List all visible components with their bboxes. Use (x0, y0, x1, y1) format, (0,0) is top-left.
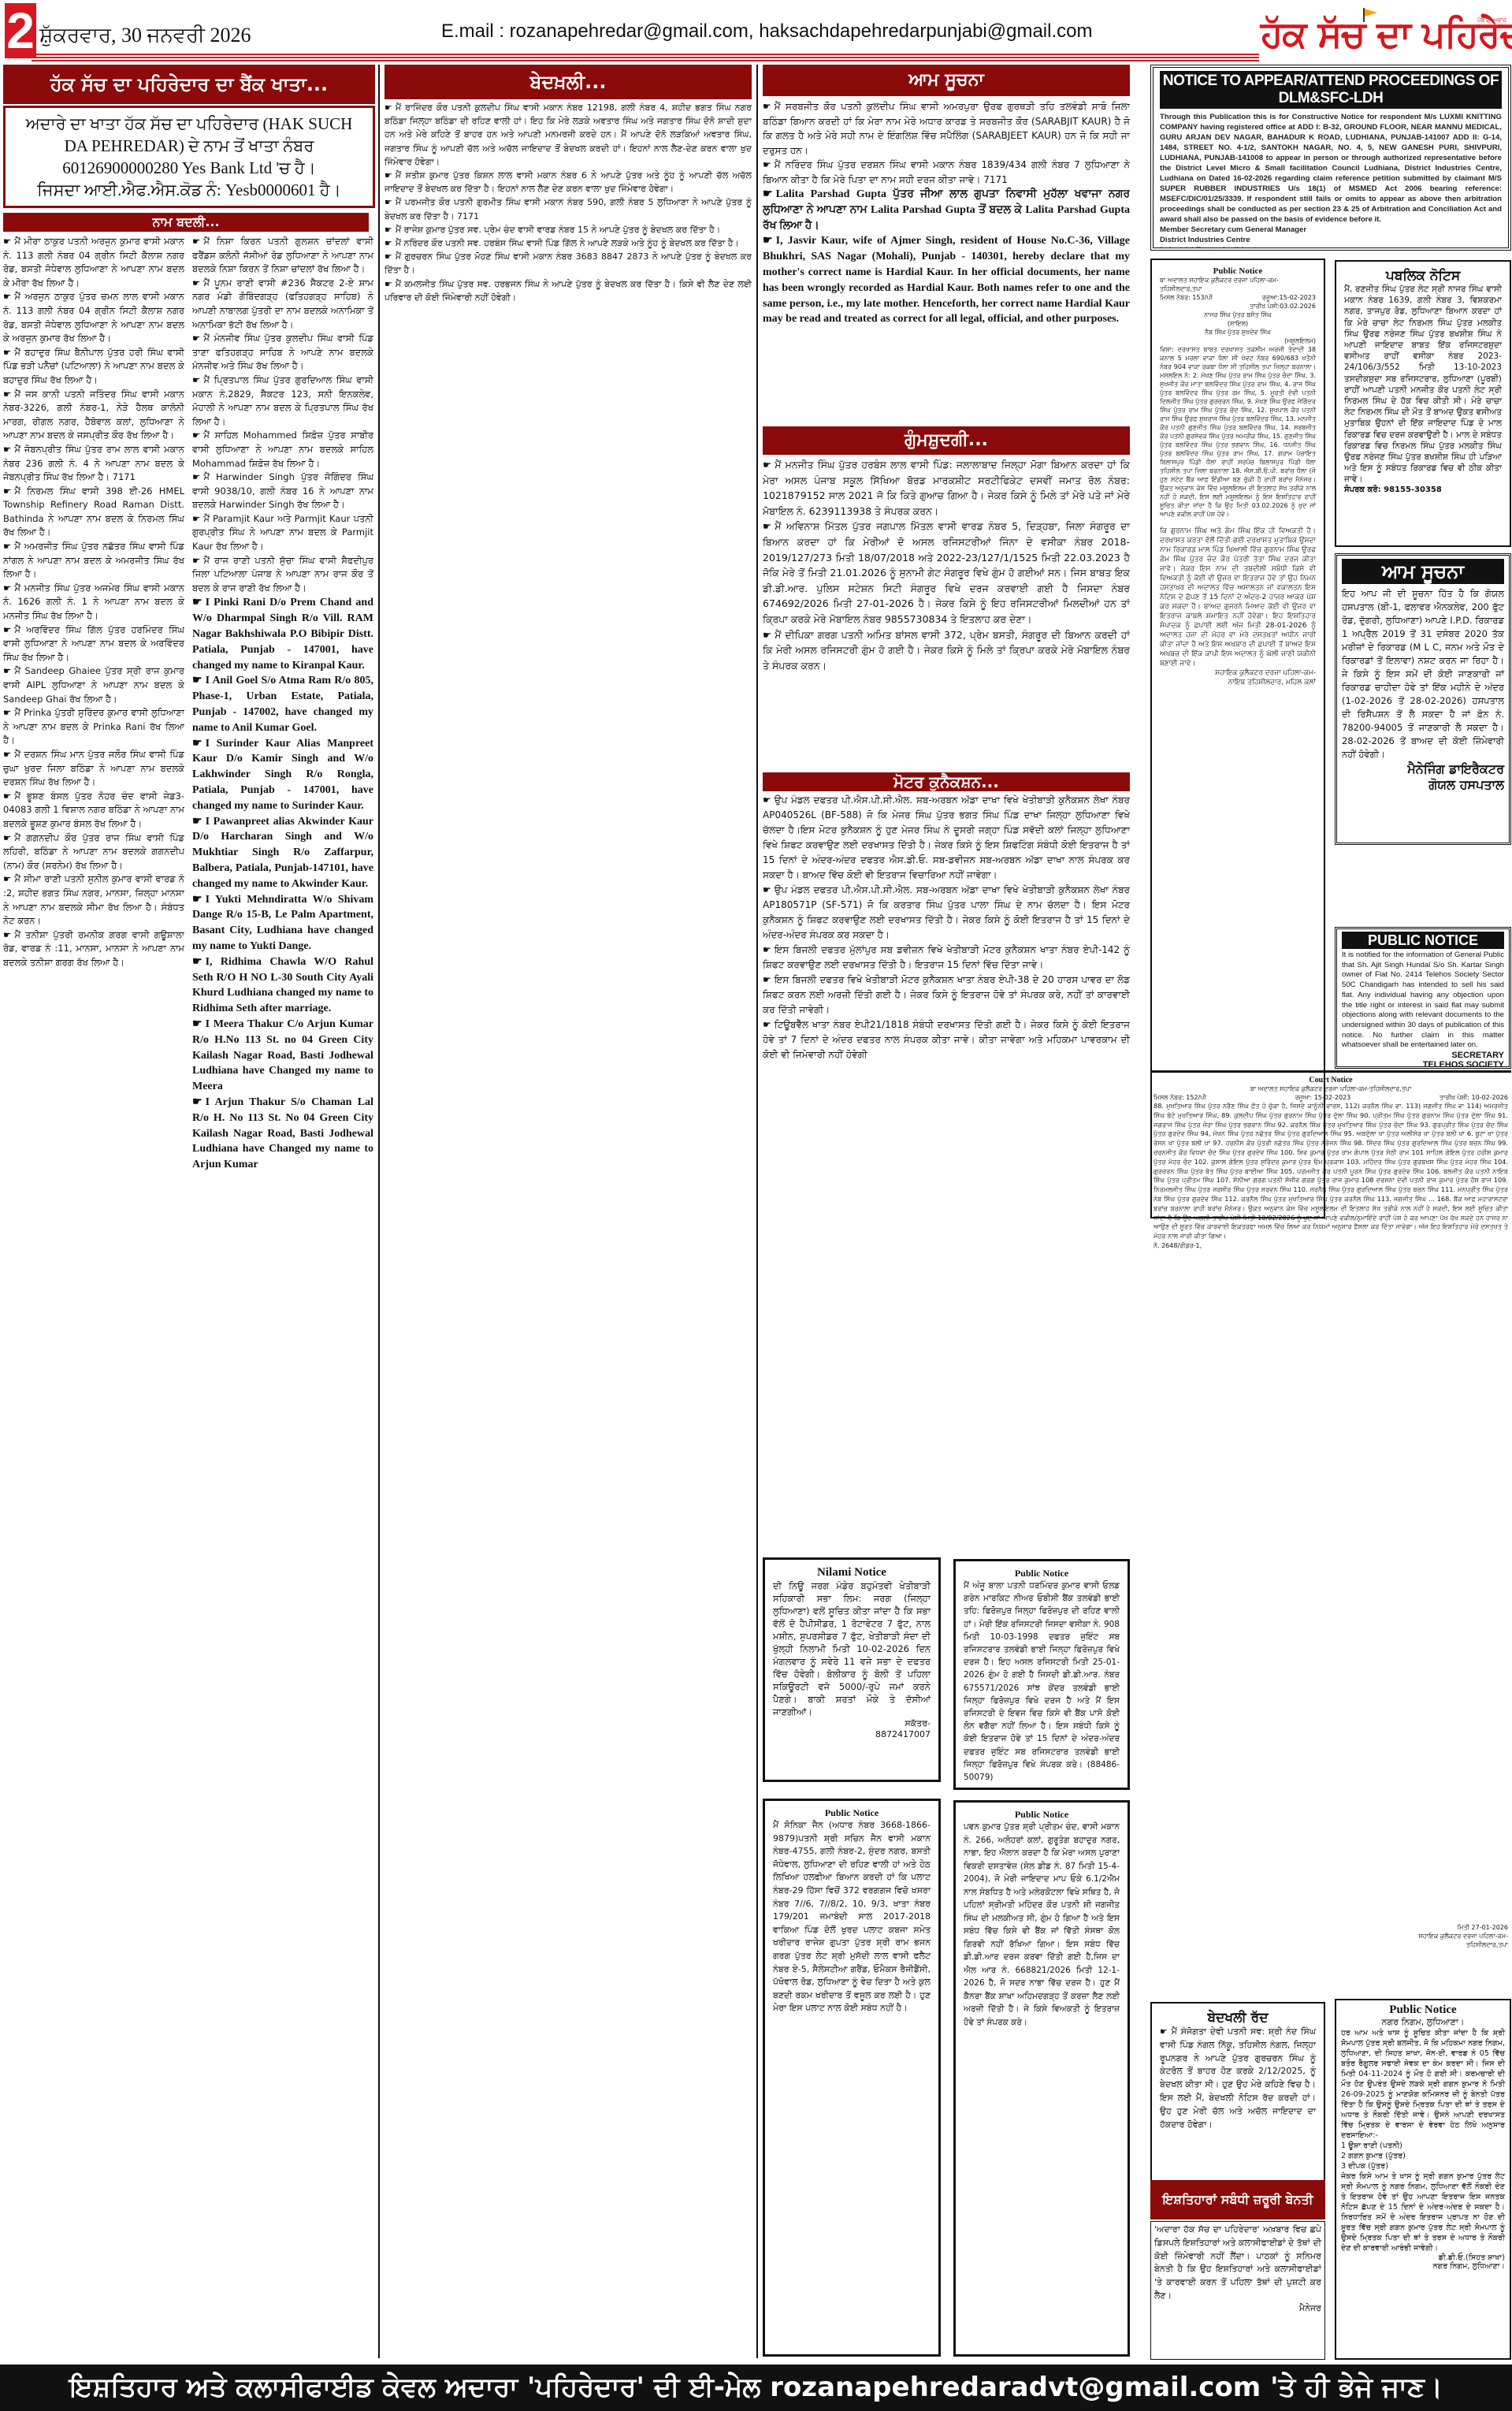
classified-item: ☛I Pawanpreet alias Akwinder Kaur D/o Ha… (192, 814, 373, 892)
eviction-section-title: ਬੇਦਖ਼ਲੀ... (385, 65, 752, 99)
classified-text: I Anil Goel S/o Atma Ram R/o 805, Phase-… (192, 675, 373, 733)
nilami-notice-box: Nilami Notice ਦੀ ਨਿਊ ਜਰਗ ਮੰਡੇਰ ਬਹੁਮੰਤਵੀ … (763, 1557, 941, 1782)
classified-text: ਮੈਂ ਨਰਿੰਦਰ ਕੌਰ ਪਤਨੀ ਸਵ. ਹਰਬੰਸ ਸਿੰਘ ਵਾਸੀ … (396, 238, 739, 248)
pointing-hand-icon: ☛ (3, 791, 11, 802)
eviction-cancel-box: ਬੇਦਖਲੀ ਰੱਦ ☛ ਮੈਂ ਸੰਜੋਗਤਾ ਦੇਵੀ ਪਤਨੀ ਸਵ: ਸ… (1150, 2002, 1325, 2186)
classified-item: ☛I, Ridhima Chawla W/O Rahul Seth R/O H … (192, 954, 373, 1017)
nagar-nigam-sign-1: ਡੀ.ਡੀ.ਓ.(ਸਿਹਤ ਸ਼ਾਖਾ) (1341, 2253, 1505, 2262)
pointing-hand-icon: ☛ (3, 873, 11, 884)
classified-item: ☛I Pinki Rani D/o Prem Chand and W/o Dha… (192, 595, 373, 673)
pointing-hand-icon: ☛ (385, 170, 392, 180)
classified-item: ☛ਮੈਂ ਸਰਬਜੀਤ ਕੌਰ ਪਤਨੀ ਕੁਲਦੀਪ ਸਿੰਘ ਵਾਸੀ ਅਮ… (763, 99, 1130, 158)
classified-item: ☛ਮੈਂ ਜਸ ਕਾਨੀ ਪਤਨੀ ਜਤਿੰਦਰ ਸਿੰਘ ਵਾਸੀ ਮਕਾਨ … (3, 388, 184, 443)
pointing-hand-icon: ☛ (763, 974, 771, 985)
footer-banner: ਇਸ਼ਤਿਹਾਰ ਅਤੇ ਕਲਾਸੀਫਾਈਡ ਕੇਵਲ ਅਦਾਰਾ 'ਪਹਿਰੇ… (0, 2364, 1512, 2411)
pointing-hand-icon: ☛ (192, 333, 200, 344)
court-tapa-2-signature: ਮਿਤੀ 27-01-2026 ਸਹਾਇਕ ਕੁਲੈਕਟਰ ਦਰਜਾ ਪਹਿਲਾ… (1339, 1923, 1508, 1949)
classified-text: ਮੈਂ ਮਨਜੀਤ ਸਿੰਘ ਪੁੱਤਰ ਅਜਮੇਰ ਸਿੰਘ ਵਾਸੀ ਮਕਾ… (3, 582, 184, 621)
classified-item: ☛ਮੈਂ ਰਾਜ ਰਾਣੀ ਪਤਨੀ ਸੁੱਚਾ ਸਿੰਘ ਵਾਸੀ ਸੈਫਦੀ… (192, 554, 373, 596)
general-notice-column: ☛ਮੈਂ ਸਰਬਜੀਤ ਕੌਰ ਪਤਨੀ ਕੁਲਦੀਪ ਸਿੰਘ ਵਾਸੀ ਅਮ… (763, 99, 1130, 424)
court-name: ਬਾ ਅਦਾਲਤ ਸਹਾਇਕ ਕੁਲੈਕਟਰ ਦਰਜਾ ਪਹਿਲਾ-ਕਮ-ਤਹਿ… (1154, 1085, 1508, 1093)
bank-ifsc: ਜਿਸਦਾ ਆਈ.ਐਫ.ਐਸ.ਕੋਡ ਨੰ: Yesb0000601 ਹੈ। (13, 179, 365, 201)
telehos-sign-1: SECRETARY (1342, 1051, 1504, 1060)
pointing-hand-icon: ☛ (385, 279, 392, 289)
public-notice-body: ਮੈਂ, ਰਣਜੀਤ ਸਿੰਘ ਪੁੱਤਰ ਲੇਟ ਸ੍ਰੀ ਨਾਜਰ ਸਿੰਘ… (1344, 284, 1502, 486)
classified-item: ☛ਮੈਂ ਪ੍ਰਿਤਪਾਲ ਸਿੰਘ ਪੁੱਤਰ ਗੁਰਦਿਆਲ ਸਿੰਘ ਵਾ… (192, 374, 373, 429)
pointing-hand-icon: ☛ (763, 101, 771, 112)
telehos-notice-box: PUBLIC NOTICE It is notified for the inf… (1335, 927, 1511, 1069)
classified-item: ☛ਇਸ ਬਿਜਲੀ ਦਫਤਰ ਵਿਖੇ ਖੇਤੀਬਾੜੀ ਮੋਟਰ ਕੁਨੈਕਸ… (763, 973, 1130, 1018)
public-notice-sonika-box: Public Notice ਮੈਂ ਸੋਨਿਕਾ ਜੈਨ (ਅਧਾਰ ਨੰਬਰ … (763, 1799, 941, 2357)
nagar-nigam-title: Public Notice (1341, 2004, 1505, 2017)
heir-item: 2 ਗਗਨ ਕੁਮਾਰ (ਪੁੱਤਰ) (1341, 2151, 1505, 2161)
issue-date: ਸ਼ੁੱਕਰਵਾਰ, 30 ਜਨਵਰੀ 2026 (39, 24, 251, 48)
case-number: ਮਿਸਲ ਨੰਬਰ: 152/ਪੀ (1154, 1093, 1206, 1102)
hearing-date: ਤਾਰੀਖ ਪੇਸ਼ੀ:03.02.2026 (1160, 302, 1316, 311)
classified-item: ☛ਮੈਂ ਗੁਰਚਰਨ ਸਿੰਘ ਪੁੱਤਰ ਮੋਹਣ ਸਿੰਘ ਵਾਸੀ ਮਕ… (385, 250, 752, 277)
court-sign-2: ਤਹਿਸੀਲਦਾਰ,ਤਪਾ (1339, 1940, 1508, 1949)
classified-text: ਮੈਂ Prinka ਪੁੱਤਰੀ ਸੁਰਿੰਦਰ ਕੁਮਾਰ ਵਾਸੀ ਲੁਧ… (3, 707, 184, 746)
case-meta-row: ਮਿਸਲ ਨੰਬਰ: 153/ਪੀ ਰਜੂਆ:15-02-2023 (1160, 293, 1316, 302)
classified-item: ☛ਮੈਂ ਨਰਿੰਦਰ ਸਿੰਘ ਪੁੱਤਰ ਦਰਸ਼ਨ ਸਿੰਘ ਵਾਸੀ ਮ… (763, 158, 1130, 187)
plaintiff: ਨਾਜਰ ਸਿੰਘ ਪੁੱਤਰ ਬਸੰਤ ਸਿੰਘ (1160, 311, 1316, 319)
classified-text: ਉਪ ਮੰਡਲ ਦਫਤਰ ਪੀ.ਐਸ.ਪੀ.ਸੀ.ਐਲ. ਸਬ-ਅਰਬਨ ਅੱਡ… (763, 884, 1130, 940)
dlm-signature: Member Secretary cum General Manager Dis… (1160, 225, 1502, 251)
hospital-notice-title: ਆਮ ਸੂਚਨਾ (1342, 559, 1504, 584)
classified-text: ਮੈਂ ਅਰਜੁਨ ਠਾਕੁਰ ਪੁੱਤਰ ਚਮਨ ਲਾਲ ਵਾਸੀ ਮਕਾਨ … (3, 291, 184, 344)
classified-text: I, Ridhima Chawla W/O Rahul Seth R/O H N… (192, 956, 373, 1014)
ad-disclaimer-body: 'ਅਦਾਰਾ ਹੱਕ ਸੱਚ ਦਾ ਪਹਿਰੇਦਾਰ' ਅਖ਼ਬਾਰ ਵਿਚ ਛ… (1154, 2223, 1321, 2303)
classified-item: ☛ਮੈਂ ਪਰਮਜੀਤ ਕੌਰ ਪਤਨੀ ਗੁਰਮੀਤ ਸਿੰਘ ਵਾਸੀ ਮਕ… (385, 195, 752, 222)
heir-item: 3 ਦੀਪਕ (ਪੁੱਤਰ) (1341, 2161, 1505, 2171)
eviction-column: ☛ਮੈਂ ਰਾਜਿੰਦਰ ਕੌਰ ਪਤਨੀ ਕੁਲਦੀਪ ਸਿੰਘ ਵਾਸੀ ਮ… (385, 101, 752, 2355)
pointing-hand-icon: ☛ (192, 513, 200, 524)
public-notice-anju-box: Public Notice ਮੈਂ ਅੰਜੂ ਬਾਲਾ ਪਤਨੀ ਧਰਮਿੰਦਰ… (953, 1559, 1130, 1790)
nilami-notice-body: ਦੀ ਨਿਊ ਜਰਗ ਮੰਡੇਰ ਬਹੁਮੰਤਵੀ ਖੇਤੀਬਾੜੀ ਸਹਿਕਾ… (773, 1579, 931, 1718)
pointing-hand-icon: ☛ (763, 459, 771, 471)
classified-text: ਮੈਂ ਦੀਪਿਕਾ ਗਰਗ ਪਤਨੀ ਅਮਿਤ ਬਾਂਸਲ ਵਾਸੀ 372,… (763, 629, 1130, 672)
classified-item: ☛I Arjun Thakur S/o Chaman Lal R/o H. No… (192, 1095, 373, 1173)
pointing-hand-icon: ☛ (192, 816, 202, 828)
filed-date: ਰਜੂਆ: 15-02-2023 (1295, 1093, 1351, 1102)
classified-text: ਮੈਂ ਅਮਰਜੀਤ ਸਿੰਘ ਪੁੱਤਰ ਨਛੱਤਰ ਸਿੰਘ ਵਾਸੀ ਪਿ… (3, 541, 184, 579)
bank-account-box: ਅਦਾਰੇ ਦਾ ਖਾਤਾ ਹੱਕ ਸੱਚ ਦਾ ਪਹਿਰੇਦਾਰ (HAK S… (3, 106, 375, 208)
pointing-hand-icon: ☛ (192, 236, 200, 247)
hospital-sign-2: ਗੋਯਲ ਹਸਪਤਾਲ (1342, 777, 1504, 793)
pointing-hand-icon: ☛ (3, 541, 11, 552)
classified-item: ☛ਮੈਂ ਗਗਨਦੀਪ ਕੌਰ ਪੁੱਤਰ ਰਾਜ ਸਿੰਘ ਵਾਸੀ ਪਿੰਡ… (3, 832, 184, 873)
classified-text: ਮੈਂ ਮਨਜੀਤ ਸਿੰਘ ਪੁੱਤਰ ਹਰਬੰਸ ਲਾਲ ਵਾਸੀ ਪਿੰਡ… (763, 459, 1130, 517)
classified-item: ☛Lalita Parshad Gupta ਪੁੱਤਰ ਜੀਆ ਲਾਲ ਗੁਪਤ… (763, 187, 1130, 233)
classified-item: ☛ਮੈਂ Prinka ਪੁੱਤਰੀ ਸੁਰਿੰਦਰ ਕੁਮਾਰ ਵਾਸੀ ਲੁ… (3, 706, 184, 748)
court-notice-tapa-152-box: Court Notice ਬਾ ਅਦਾਲਤ ਸਹਾਇਕ ਕੁਲੈਕਟਰ ਦਰਜਾ… (1150, 1070, 1511, 1942)
name-change-section-title: ਨਾਮ ਬਦਲੀ... (3, 213, 369, 232)
pointing-hand-icon: ☛ (385, 238, 392, 248)
classified-text: ਮੈਂ ਮੰਨਜੀਵ ਸਿੰਘ ਪੁੱਤਰ ਕੁਲਦੀਪ ਸਿੰਘ ਵਾਸੀ ਪ… (192, 333, 373, 371)
public-notice-title: Public Notice (964, 1568, 1120, 1579)
classified-item: ☛I Meera Thakur C/o Arjun Kumar R/o H.No… (192, 1017, 373, 1095)
classified-item: ☛ਮੈਂ ਨਿਰਮਲ ਸਿੰਘ ਵਾਸੀ 398 ਈ-26 HMEL Towns… (3, 485, 184, 540)
classified-text: ਇਸ ਬਿਜਲੀ ਦਫਤਰ ਮੁੱਲਾਂਪੁਰ ਸਬ ਡਵੀਜ਼ਨ ਵਿਖੇ ਖ… (763, 944, 1130, 970)
classified-text: ਮੈਂ ਅਵਿਨਾਸ਼ ਮਿੱਤਲ ਪੁੱਤਰ ਜਗਪਾਲ ਮਿੱਤਲ ਵਾਸੀ… (763, 520, 1130, 625)
masthead-title: ਹੱਕ ਸੱਚ ਦਾ ਪਹਿਰੇਦਾਰ (1261, 2, 1510, 66)
nilami-notice-title: Nilami Notice (773, 1566, 931, 1579)
pointing-hand-icon: ☛ (3, 291, 11, 302)
classified-text: ਮੈਂ ਕਮਲਜੀਤ ਸਿੰਘ ਪੁੱਤਰ ਸਵ. ਹਰਭਜਨ ਸਿੰਘ ਨੇ … (385, 279, 752, 303)
classified-item: ☛I, Jasvir Kaur, wife of Ajmer Singh, re… (763, 233, 1130, 327)
defendant-role: (ਮਸੂਲਇਲਮ) (1160, 337, 1316, 345)
pointing-hand-icon: ☛ (3, 707, 11, 718)
classified-text: ਮੈਂ Harwinder Singh ਪੁੱਤਰ ਜੋਗਿੰਦਰ ਸਿੰਘ ਵ… (192, 471, 373, 510)
pointing-hand-icon: ☛ (763, 794, 771, 806)
mahil-kalan-notice-body: ਕਿ ਗੁਰਨਾਮ ਸਿੰਘ ਅਤੇ ਗੰਮ ਸਿੰਘ ਇੱਕ ਹੀ ਵਿਅਕਤ… (1160, 526, 1316, 668)
column-divider (756, 65, 758, 2358)
bank-section-title: ਹੱਕ ਸੱਚ ਦਾ ਪਹਿਰੇਦਾਰ ਦਾ ਬੈਂਕ ਖਾਤਾ... (3, 65, 375, 104)
classified-text: ਮੈਂ ਅਰਵਿੰਦਰ ਸਿੰਘ ਗਿੱਲ ਪੁੱਤਰ ਹਰਮਿੰਦਰ ਸਿੰਘ… (3, 624, 184, 663)
ad-disclaimer-sign: ਮੈਨੇਜਰ (1154, 2303, 1321, 2314)
court-notice-title: Public Notice (1160, 266, 1316, 276)
header-rule (32, 54, 1259, 65)
eviction-cancel-body: ☛ ਮੈਂ ਸੰਜੋਗਤਾ ਦੇਵੀ ਪਤਨੀ ਸਵ: ਸ਼੍ਰੀ ਨੰਦ ਸਿ… (1160, 2026, 1316, 2131)
pointing-hand-icon: ☛ (763, 1019, 771, 1030)
mahil-kalan-sign-1: ਸਹਾਇਕ ਕੁਲੈਕਟਰ ਦਰਜਾ ਪਹਿਲਾ-ਕਮ- (1160, 668, 1316, 678)
pointing-hand-icon: ☛ (3, 749, 11, 760)
contact-emails: E.mail : rozanapehredar@gmail.com, haksa… (441, 20, 1092, 43)
pointing-hand-icon: ☛ (385, 197, 392, 207)
public-notice-ranjit-box: ਪਬਲਿਕ ਨੋਟਿਸ ਮੈਂ, ਰਣਜੀਤ ਸਿੰਘ ਪੁੱਤਰ ਲੇਟ ਸ੍… (1335, 260, 1511, 547)
public-notice-title: Public Notice (773, 1807, 931, 1819)
classified-text: ਮੈਂ ਗੁਰਚਰਨ ਸਿੰਘ ਪੁੱਤਰ ਮੋਹਣ ਸਿੰਘ ਵਾਸੀ ਮਕਾ… (385, 251, 752, 275)
classified-text: ਮੈਂ ਦਰਸ਼ਨ ਸਿੰਘ ਮਾਨ ਪੁੱਤਰ ਜਲੌਰ ਸਿੰਘ ਵਾਸੀ … (3, 749, 184, 787)
classified-text: Lalita Parshad Gupta ਪੁੱਤਰ ਜੀਆ ਲਾਲ ਗੁਪਤਾ… (763, 188, 1130, 232)
classified-text: I, Jasvir Kaur, wife of Ajmer Singh, res… (763, 235, 1130, 325)
classified-item: ☛ਮੈਂ ਦੀਪਿਕਾ ਗਰਗ ਪਤਨੀ ਅਮਿਤ ਬਾਂਸਲ ਵਾਸੀ 372… (763, 627, 1130, 674)
classified-item: ☛ਮੈਂ ਮੰਨਜੀਵ ਸਿੰਘ ਪੁੱਤਰ ਕੁਲਦੀਪ ਸਿੰਘ ਵਾਸੀ … (192, 332, 373, 374)
classified-item: ☛I Yukti Mehndiratta W/o Shivam Dange R/… (192, 892, 373, 954)
classified-text: I Yukti Mehndiratta W/o Shivam Dange R/o… (192, 894, 373, 952)
page-number: 2 (5, 3, 36, 58)
classified-item: ☛ਮੈਂ ਜੋਬਨਪ੍ਰੀਤ ਸਿੰਘ ਪੁੱਤਰ ਰਾਮ ਲਾਲ ਵਾਸੀ ਮ… (3, 443, 184, 485)
classified-text: ਮੈਂ ਪੂਨਮ ਰਾਣੀ ਵਾਸੀ #236 ਸੈਕਟਰ 2-ਏ ਸ਼ਾਮ ਨ… (192, 277, 373, 330)
case-meta-row: ਮਿਸਲ ਨੰਬਰ: 152/ਪੀ ਰਜੂਆ: 15-02-2023 ਤਾਰੀਖ… (1154, 1093, 1508, 1102)
classified-item: ☛ਮੈਂ ਭੂਸ਼ਣ ਬੰਸਲ ਪੁੱਤਰ ਨੋਹਰ ਚੰਦ ਵਾਸੀ ਜੇਡ3… (3, 790, 184, 832)
classified-item: ☛ਉਪ ਮੰਡਲ ਦਫਤਰ ਪੀ.ਐਸ.ਪੀ.ਸੀ.ਐਲ. ਸਬ-ਅਰਬਨ ਅੱ… (763, 793, 1130, 883)
classified-item: ☛ਟਿਊਬਵੈੱਲ ਖਾਤਾ ਨੰਬਰ ਏਪੀ21/1818 ਸੰਬੰਧੀ ਦਰ… (763, 1018, 1130, 1062)
dlm-sign-line: Member Secretary cum General Manager (1160, 225, 1502, 235)
name-change-column-1: ☛ਮੈਂ ਮੀਰਾ ਠਾਕੁਰ ਪਤਨੀ ਅਰਜੁਨ ਕੁਮਾਰ ਵਾਸੀ ਮਕ… (3, 235, 184, 2355)
classified-text: ਮੈਂ ਜਸ ਕਾਨੀ ਪਤਨੀ ਜਤਿੰਦਰ ਸਿੰਘ ਵਾਸੀ ਮਕਾਨ ਨ… (3, 389, 184, 441)
classified-text: ਮੈਂ ਜੋਬਨਪ੍ਰੀਤ ਸਿੰਘ ਪੁੱਤਰ ਰਾਮ ਲਾਲ ਵਾਸੀ ਮਕ… (3, 444, 184, 482)
eviction-cancel-title: ਬੇਦਖਲੀ ਰੱਦ (1160, 2010, 1316, 2026)
hearing-date: ਤਾਰੀਖ ਪੇਸ਼ੀ: 10-02-2026 (1440, 1093, 1508, 1102)
filed-date: ਰਜੂਆ:15-02-2023 (1262, 293, 1316, 302)
classified-text: ਮੈਂ ਰਾਜ ਰਾਣੀ ਪਤਨੀ ਸੁੱਚਾ ਸਿੰਘ ਵਾਸੀ ਸੈਫਦੀਪ… (192, 555, 373, 593)
classified-text: ਮੈਂ ਤਨੀਸ਼ਾ ਪੁੱਤਰੀ ਰਮਨੀਕ ਗਰਗ ਵਾਸੀ ਗਊਸ਼ਾਲਾ… (3, 929, 184, 968)
pointing-hand-icon: ☛ (192, 1018, 202, 1030)
motor-section-title: ਮੋਟਰ ਕੁਨੈਕਸ਼ਨ... (763, 772, 1130, 791)
pointing-hand-icon: ☛ (3, 665, 11, 676)
pointing-hand-icon: ☛ (3, 832, 11, 843)
defendant: ਨੈਬ ਸਿੰਘ ਪੁੱਤਰ ਸੁਖਦੇਵ ਸਿੰਘ (1160, 328, 1316, 337)
telehos-notice-title: PUBLIC NOTICE (1342, 932, 1504, 949)
pointing-hand-icon: ☛ (192, 430, 200, 441)
classified-item: ☛ਮੈਂ ਅਵਿਨਾਸ਼ ਮਿੱਤਲ ਪੁੱਤਰ ਜਗਪਾਲ ਮਿੱਤਲ ਵਾਸ… (763, 519, 1130, 627)
mahil-kalan-sign-2: ਨਾਇਬ ਤਹਿਸੀਲਦਾਰ, ਮਹਿਲ ਕਲਾਂ (1160, 678, 1316, 687)
pointing-hand-icon: ☛ (192, 738, 202, 750)
classified-text: ਟਿਊਬਵੈੱਲ ਖਾਤਾ ਨੰਬਰ ਏਪੀ21/1818 ਸੰਬੰਧੀ ਦਰਖ… (763, 1019, 1130, 1060)
classified-item: ☛ਮੈਂ ਮੀਰਾ ਠਾਕੁਰ ਪਤਨੀ ਅਰਜੁਨ ਕੁਮਾਰ ਵਾਸੀ ਮਕ… (3, 235, 184, 290)
nagar-nigam-body: ਹਰ ਆਮ ਅਤੇ ਖਾਸ ਨੂੰ ਸੂਚਿਤ ਕੀਤਾ ਜਾਂਦਾ ਹੈ ਕਿ… (1341, 2028, 1505, 2141)
classified-text: ਮੈਂ ਪਰਮਜੀਤ ਕੌਰ ਪਤਨੀ ਗੁਰਮੀਤ ਸਿੰਘ ਵਾਸੀ ਮਕਾ… (385, 197, 752, 221)
ad-disclaimer-box: 'ਅਦਾਰਾ ਹੱਕ ਸੱਚ ਦਾ ਪਹਿਰੇਦਾਰ' ਅਖ਼ਬਾਰ ਵਿਚ ਛ… (1150, 2221, 1325, 2360)
pointing-hand-icon: ☛ (385, 102, 392, 113)
classified-item: ☛ਮੈਂ ਰਾਜਿੰਦਰ ਕੌਰ ਪਤਨੀ ਕੁਲਦੀਪ ਸਿੰਘ ਵਾਸੀ ਮ… (385, 101, 752, 169)
pointing-hand-icon: ☛ (192, 956, 202, 968)
classified-item: ☛ਉਪ ਮੰਡਲ ਦਫਤਰ ਪੀ.ਐਸ.ਪੀ.ਸੀ.ਐਲ. ਸਬ-ਅਰਬਨ ਅੱ… (763, 883, 1130, 943)
pointing-hand-icon: ☛ (763, 188, 773, 200)
hospital-sign-1: ਮੈਨੇਜਿੰਗ ਡਾਇਰੈਕਟਰ (1342, 761, 1504, 777)
public-notice-body: ਮੈਂ ਅੰਜੂ ਬਾਲਾ ਪਤਨੀ ਧਰਮਿੰਦਰ ਕੁਮਾਰ ਵਾਸੀ ਓਲ… (964, 1579, 1120, 1784)
classified-text: ਮੈਂ ਮੀਰਾ ਠਾਕੁਰ ਪਤਨੀ ਅਰਜੁਨ ਕੁਮਾਰ ਵਾਸੀ ਮਕਾ… (3, 236, 184, 288)
pointing-hand-icon: ☛ (763, 159, 771, 170)
pointing-hand-icon: ☛ (3, 236, 11, 247)
pointing-hand-icon: ☛ (3, 582, 11, 593)
pointing-hand-icon: ☛ (192, 277, 200, 288)
bank-account-number: 60126900000280 Yes Bank Ltd 'ਚ ਹੈ। (13, 157, 365, 179)
classified-item: ☛ਮੈਂ ਪੂਨਮ ਰਾਣੀ ਵਾਸੀ #236 ਸੈਕਟਰ 2-ਏ ਸ਼ਾਮ … (192, 277, 373, 332)
classified-text: ਮੈਂ ਬਹਾਦੁਰ ਸਿੰਘ ਬੈਨੀਪਾਲ ਪੁੱਤਰ ਹਰੀ ਸਿੰਘ ਵ… (3, 347, 184, 385)
classified-text: ਮੈਂ ਰਾਜਿੰਦਰ ਕੌਰ ਪਤਨੀ ਕੁਲਦੀਪ ਸਿੰਘ ਵਾਸੀ ਮਕ… (385, 102, 752, 167)
classified-item: ☛ਮੈਂ ਦਰਸ਼ਨ ਸਿੰਘ ਮਾਨ ਪੁੱਤਰ ਜਲੌਰ ਸਿੰਘ ਵਾਸੀ… (3, 748, 184, 790)
classified-item: ☛ਇਸ ਬਿਜਲੀ ਦਫਤਰ ਮੁੱਲਾਂਪੁਰ ਸਬ ਡਵੀਜ਼ਨ ਵਿਖੇ … (763, 943, 1130, 973)
classified-item: ☛I Surinder Kaur Alias Manpreet Kaur D/o… (192, 736, 373, 814)
classified-text: ਮੈਂ Sandeep Ghaiee ਪੁੱਤਰ ਸ੍ਰੀ ਰਾਜ ਕੁਮਾਰ … (3, 665, 184, 704)
classified-item: ☛ਮੈਂ ਸੀਮਾ ਰਾਣੀ ਪਤਨੀ ਸੁਨੀਲ ਕੁਮਾਰ ਵਾਸੀ ਵਾਰ… (3, 872, 184, 928)
lost-section-title: ਗੁੰਮਸ਼ੁਦਗੀ... (763, 426, 1130, 455)
pointing-hand-icon: ☛ (385, 225, 392, 235)
public-notice-body: ਪਵਨ ਕੁਮਾਰ ਪੁੱਤਰ ਸ਼੍ਰੀ ਪ੍ਰੀਤਮ ਚੰਦ, ਵਾਸੀ ਮ… (964, 1821, 1120, 2029)
court-ref-number: ਨੰ. 2648/ਰੀਡਰ-1, (1154, 1241, 1508, 1250)
classified-item: ☛ਮੈਂ ਨਿਸ਼ਾ ਕਿਰਨ ਪਤਨੀ ਗੁਲਸ਼ਨ ਚਾਂਦਲਾਂ ਵਾਸੀ… (192, 235, 373, 277)
flag-icon (1362, 6, 1379, 24)
court-name: ਬਾ ਅਦਾਲਤ ਸਹਾਇਕ ਕੁਲੈਕਟਰ ਦਰਜਾ ਪਹਿਲਾ-ਕਮ-ਤਹਿ… (1160, 276, 1316, 293)
dlm-notice-body: Through this Publication this is for Con… (1160, 112, 1502, 225)
dlm-notice-title: NOTICE TO APPEAR/ATTEND PROCEEDINGS OF D… (1160, 71, 1502, 109)
nagar-nigam-sign-2: ਨਗਰ ਨਿਗਮ, ਲੁਧਿਆਣਾ। (1341, 2262, 1505, 2271)
public-notice-title: ਪਬਲਿਕ ਨੋਟਿਸ (1344, 268, 1502, 284)
pointing-hand-icon: ☛ (763, 235, 773, 247)
classified-item: ☛I Anil Goel S/o Atma Ram R/o 805, Phase… (192, 673, 373, 735)
masthead-tagline: ਪੰਥ ਦਾ ਅਵਾਜ਼ (1477, 17, 1506, 24)
masthead-logo: ਹੱਕ ਸੱਚ ਦਾ ਪਹਿਰੇਦਾਰ ਪੰਥ ਦਾ ਅਵਾਜ਼ (1261, 2, 1510, 66)
classified-text: I Arjun Thakur S/o Chaman Lal R/o H. No … (192, 1096, 373, 1170)
pointing-hand-icon: ☛ (763, 520, 771, 532)
classified-text: ਮੈਂ ਨਿਸ਼ਾ ਕਿਰਨ ਪਤਨੀ ਗੁਲਸ਼ਨ ਚਾਂਦਲਾਂ ਵਾਸੀ … (192, 236, 373, 274)
name-change-column-2: ☛ਮੈਂ ਨਿਸ਼ਾ ਕਿਰਨ ਪਤਨੀ ਗੁਲਸ਼ਨ ਚਾਂਦਲਾਂ ਵਾਸੀ… (192, 235, 373, 2355)
classified-text: ਮੈਂ ਨਿਰਮਲ ਸਿੰਘ ਵਾਸੀ 398 ਈ-26 HMEL Townsh… (3, 486, 184, 538)
column-divider (378, 65, 380, 2358)
nagar-nigam-subtitle: ਨਗਰ ਨਿਗਮ, ਲੁਧਿਆਣਾ। (1341, 2017, 1505, 2028)
eviction-cancel-text: ਮੈਂ ਸੰਜੋਗਤਾ ਦੇਵੀ ਪਤਨੀ ਸਵ: ਸ਼੍ਰੀ ਨੰਦ ਸਿੰਘ… (1160, 2026, 1316, 2130)
classified-text: ਮੈਂ ਰਾਜੇਸ਼ ਕੁਮਾਰ ਪੁੱਤਰ ਸਵ. ਪ੍ਰੇਮ ਚੰਦ ਵਾਸ… (396, 225, 720, 235)
classified-text: ਮੈਂ ਪ੍ਰਿਤਪਾਲ ਸਿੰਘ ਪੁੱਤਰ ਗੁਰਦਿਆਲ ਸਿੰਘ ਵਾਸ… (192, 374, 373, 427)
pointing-hand-icon: ☛ (763, 944, 771, 955)
classified-item: ☛ਮੈਂ ਅਰਵਿੰਦਰ ਸਿੰਘ ਗਿੱਲ ਪੁੱਤਰ ਹਰਮਿੰਦਰ ਸਿੰ… (3, 623, 184, 665)
classified-item: ☛ਮੈਂ ਅਰਜੁਨ ਠਾਕੁਰ ਪੁੱਤਰ ਚਮਨ ਲਾਲ ਵਾਸੀ ਮਕਾਨ… (3, 290, 184, 345)
classified-item: ☛ਮੈਂ Paramjit Kaur ਅਤੇ Parmjit Kaur ਪਤਨੀ… (192, 512, 373, 554)
classified-text: ਮੈਂ ਸਤੀਸ਼ ਕੁਮਾਰ ਪੁੱਤਰ ਕਿਸ਼ਨ ਲਾਲ ਵਾਸੀ ਮਕਾ… (385, 170, 752, 194)
pointing-hand-icon: ☛ (192, 597, 202, 608)
hospital-notice-box: ਆਮ ਸੂਚਨਾ ਇਹ ਆਪ ਜੀ ਦੀ ਸੂਚਨਾ ਹਿੱਤ ਹੈ ਕਿ ਗੋ… (1335, 553, 1511, 845)
classified-item: ☛ਮੈਂ ਸਾਹਿਲ Mohammed ਸ਼ਿਫ਼ੋਜ਼ ਪੁੱਤਰ ਸਾਬੀਰ… (192, 429, 373, 471)
classified-text: ਮੈਂ ਗਗਨਦੀਪ ਕੌਰ ਪੁੱਤਰ ਰਾਜ ਸਿੰਘ ਵਾਸੀ ਪਿੰਡ … (3, 832, 184, 871)
nagar-nigam-notice-box: Public Notice ਨਗਰ ਨਿਗਮ, ਲੁਧਿਆਣਾ। ਹਰ ਆਮ ਅ… (1335, 1999, 1511, 2360)
classified-text: ਇਸ ਬਿਜਲੀ ਦਫਤਰ ਵਿਖੇ ਖੇਤੀਬਾੜੀ ਮੋਟਰ ਕੁਨੈਕਸ਼… (763, 974, 1130, 1015)
telehos-notice-body: It is notified for the information of Ge… (1342, 951, 1504, 1051)
dlm-sign-line: Industrial Estate, Ludhiana (1160, 245, 1502, 251)
court-sign-date: ਮਿਤੀ 27-01-2026 (1339, 1923, 1508, 1932)
classified-text: ਮੈਂ ਸਾਹਿਲ Mohammed ਸ਼ਿਫ਼ੋਜ਼ ਪੁੱਤਰ ਸਾਬੀਰ … (192, 430, 373, 468)
pointing-hand-icon: ☛ (3, 389, 11, 400)
public-notice-pawan-box: Public Notice ਪਵਨ ਕੁਮਾਰ ਪੁੱਤਰ ਸ਼੍ਰੀ ਪ੍ਰੀ… (953, 1800, 1130, 2357)
classified-text: ਮੈਂ Paramjit Kaur ਅਤੇ Parmjit Kaur ਪਤਨੀ … (192, 513, 373, 552)
ad-disclaimer-title: ਇਸ਼ਤਿਹਾਰਾਂ ਸਬੰਧੀ ਜ਼ਰੂਰੀ ਬੇਨਤੀ (1150, 2180, 1325, 2219)
nagar-nigam-body-2: ਜੇਕਰ ਕਿਸੇ ਆਮ ਤੇ ਖਾਸ ਨੂੰ ਸ੍ਰੀ ਗਗਨ ਕੁਮਾਰ ਪ… (1341, 2171, 1505, 2253)
pointing-hand-icon: ☛ (192, 555, 200, 566)
classified-text: ਉਪ ਮੰਡਲ ਦਫਤਰ ਪੀ.ਐਸ.ਪੀ.ਸੀ.ਐਲ. ਸਬ-ਅਰਬਨ ਅੱਡ… (763, 794, 1130, 880)
contact-phone: ਸੰਪਰਕ ਕਰੋ: 98155-30358 (1344, 486, 1502, 494)
pointing-hand-icon: ☛ (3, 347, 11, 358)
pointing-hand-icon: ☛ (3, 624, 11, 635)
classified-text: ਮੈਂ ਭੂਸ਼ਣ ਬੰਸਲ ਪੁੱਤਰ ਨੋਹਰ ਚੰਦ ਵਾਸੀ ਜੇਡ3-… (3, 791, 184, 829)
classified-item: ☛ਮੈਂ ਮਨਜੀਤ ਸਿੰਘ ਪੁੱਤਰ ਅਜਮੇਰ ਸਿੰਘ ਵਾਸੀ ਮਕ… (3, 582, 184, 623)
dlm-notice-box: NOTICE TO APPEAR/ATTEND PROCEEDINGS OF D… (1150, 65, 1511, 251)
hospital-notice-body: ਇਹ ਆਪ ਜੀ ਦੀ ਸੂਚਨਾ ਹਿੱਤ ਹੈ ਕਿ ਗੋਯਲ ਹਸਪਤਾਲ… (1342, 587, 1504, 761)
classified-text: I Surinder Kaur Alias Manpreet Kaur D/o … (192, 738, 373, 812)
nilami-signature: ਸਕੱਤਰ- (773, 1718, 931, 1729)
classified-text: ਮੈਂ ਸਰਬਜੀਤ ਕੌਰ ਪਤਨੀ ਕੁਲਦੀਪ ਸਿੰਘ ਵਾਸੀ ਅਮਰ… (763, 101, 1130, 156)
dlm-sign-line: District Industries Centre (1160, 235, 1502, 245)
classified-text: I Pawanpreet alias Akwinder Kaur D/o Har… (192, 816, 373, 890)
pointing-hand-icon: ☛ (192, 675, 202, 686)
classified-item: ☛ਮੈਂ Sandeep Ghaiee ਪੁੱਤਰ ਸ੍ਰੀ ਰਾਜ ਕੁਮਾਰ… (3, 664, 184, 706)
plaintiff-role: (ਸਾਇਲ) (1160, 319, 1316, 328)
pointing-hand-icon: ☛ (192, 894, 202, 906)
pointing-hand-icon: ☛ (385, 251, 392, 262)
classified-item: ☛ਮੈਂ ਬਹਾਦੁਰ ਸਿੰਘ ਬੈਨੀਪਾਲ ਪੁੱਤਰ ਹਰੀ ਸਿੰਘ … (3, 346, 184, 388)
motor-connection-column: ☛ਉਪ ਮੰਡਲ ਦਫਤਰ ਪੀ.ਐਸ.ਪੀ.ਸੀ.ਐਲ. ਸਬ-ਅਰਬਨ ਅੱ… (763, 793, 1130, 1537)
pointing-hand-icon: ☛ (1160, 2026, 1168, 2037)
lost-column: ☛ਮੈਂ ਮਨਜੀਤ ਸਿੰਘ ਪੁੱਤਰ ਹਰਬੰਸ ਲਾਲ ਵਾਸੀ ਪਿੰ… (763, 457, 1130, 769)
classified-text: I Pinki Rani D/o Prem Chand and W/o Dhar… (192, 597, 373, 671)
general-notice-section-title: ਆਮ ਸੂਚਨਾ (763, 65, 1130, 96)
pointing-hand-icon: ☛ (192, 471, 200, 482)
court-sign-1: ਸਹਾਇਕ ਕੁਲੈਕਟਰ ਦਰਜਾ ਪਹਿਲਾ-ਕਮ- (1339, 1932, 1508, 1940)
classified-text: ਮੈਂ ਸੀਮਾ ਰਾਣੀ ਪਤਨੀ ਸੁਨੀਲ ਕੁਮਾਰ ਵਾਸੀ ਵਾਰਡ… (3, 873, 184, 926)
classified-item: ☛ਮੈਂ ਤਨੀਸ਼ਾ ਪੁੱਤਰੀ ਰਮਨੀਕ ਗਰਗ ਵਾਸੀ ਗਊਸ਼ਾਲ… (3, 928, 184, 970)
classified-item: ☛ਮੈਂ ਸਤੀਸ਼ ਕੁਮਾਰ ਪੁੱਤਰ ਕਿਸ਼ਨ ਲਾਲ ਵਾਸੀ ਮਕ… (385, 169, 752, 195)
pointing-hand-icon: ☛ (192, 374, 200, 385)
pointing-hand-icon: ☛ (3, 486, 11, 497)
heir-item: 1 ਊਸ਼ਾ ਰਾਣੀ (ਪਤਨੀ) (1341, 2141, 1505, 2151)
court-notice-body: 88. ਮੁਖਤਿਆਰ ਸਿੰਘ ਪੁੱਤਰ ਨਰੈਣ ਸਿੰਘ ਫ਼ੌਤ ਹੋ… (1154, 1102, 1508, 1241)
court-notice-body: ਵਿਸ਼ਾ: ਦਰਖਾਸਤ ਬਾਬਤ ਦਰਖਾਸਤ ਤਕਸੀਮ ਅਰਜੀ ਤੋਦ… (1160, 345, 1316, 519)
classified-text: ਮੈਂ ਨਰਿੰਦਰ ਸਿੰਘ ਪੁੱਤਰ ਦਰਸ਼ਨ ਸਿੰਘ ਵਾਸੀ ਮਕ… (763, 159, 1130, 185)
pointing-hand-icon: ☛ (3, 929, 11, 940)
court-notice-title: Court Notice (1154, 1076, 1508, 1085)
pointing-hand-icon: ☛ (763, 884, 771, 895)
classified-item: ☛ਮੈਂ ਅਮਰਜੀਤ ਸਿੰਘ ਪੁੱਤਰ ਨਛੱਤਰ ਸਿੰਘ ਵਾਸੀ ਪ… (3, 540, 184, 582)
classified-item: ☛ਮੈਂ ਮਨਜੀਤ ਸਿੰਘ ਪੁੱਤਰ ਹਰਬੰਸ ਲਾਲ ਵਾਸੀ ਪਿੰ… (763, 457, 1130, 519)
pointing-hand-icon: ☛ (3, 444, 11, 455)
classified-item: ☛ਮੈਂ ਰਾਜੇਸ਼ ਕੁਮਾਰ ਪੁੱਤਰ ਸਵ. ਪ੍ਰੇਮ ਚੰਦ ਵਾ… (385, 223, 752, 236)
classified-item: ☛ਮੈਂ ਕਮਲਜੀਤ ਸਿੰਘ ਪੁੱਤਰ ਸਵ. ਹਰਭਜਨ ਸਿੰਘ ਨੇ… (385, 277, 752, 304)
telehos-sign-2: TELEHOS SOCIETY (1342, 1060, 1504, 1069)
classified-item: ☛ਮੈਂ ਨਰਿੰਦਰ ਕੌਰ ਪਤਨੀ ਸਵ. ਹਰਬੰਸ ਸਿੰਘ ਵਾਸੀ… (385, 236, 752, 250)
nilami-phone: 8872417007 (773, 1729, 931, 1739)
case-number: ਮਿਸਲ ਨੰਬਰ: 153/ਪੀ (1160, 293, 1213, 302)
classified-text: I Meera Thakur C/o Arjun Kumar R/o H.No … (192, 1018, 373, 1092)
classified-item: ☛ਮੈਂ Harwinder Singh ਪੁੱਤਰ ਜੋਗਿੰਦਰ ਸਿੰਘ … (192, 471, 373, 512)
pointing-hand-icon: ☛ (763, 629, 771, 641)
public-notice-title: Public Notice (964, 1809, 1120, 1821)
public-notice-body: ਮੈਂ ਸੋਨਿਕਾ ਜੈਨ (ਅਧਾਰ ਨੰਬਰ 3668-1866-9879… (773, 1819, 931, 2015)
bank-line-1: ਅਦਾਰੇ ਦਾ ਖਾਤਾ ਹੱਕ ਸੱਚ ਦਾ ਪਹਿਰੇਦਾਰ (HAK S… (13, 113, 365, 157)
pointing-hand-icon: ☛ (192, 1096, 202, 1108)
